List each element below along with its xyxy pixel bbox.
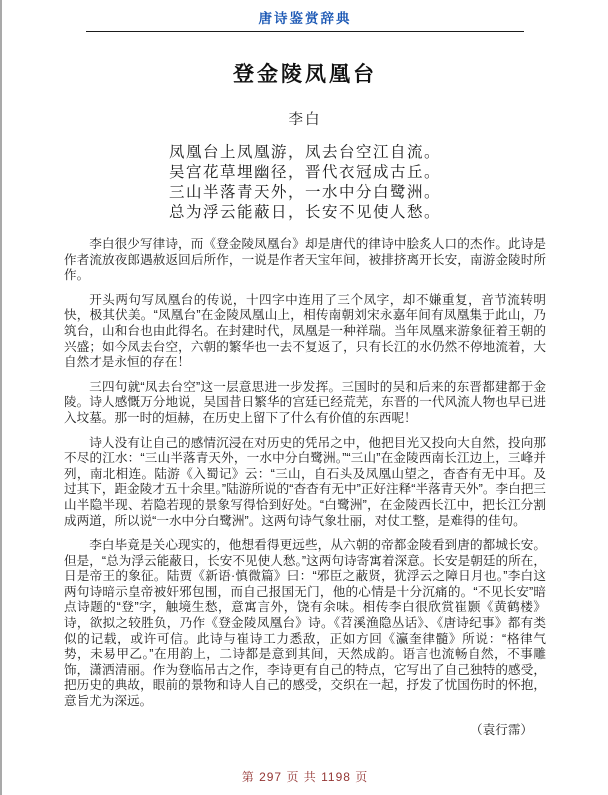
commentary-paragraph-3: 三四句就“凤去台空”这一层意思进一步发挥。三国时的吴和后来的东晋都建都于金陵。诗… xyxy=(64,380,546,427)
poem-author: 李白 xyxy=(2,108,608,129)
commentary-paragraph-1: 李白很少写律诗，而《登金陵凤凰台》却是唐代的律诗中脍炙人口的杰作。此诗是作者流放… xyxy=(64,237,546,284)
commentary-paragraph-4: 诗人没有让自己的感情沉浸在对历史的凭吊之中，他把目光又投向大自然，投向那不尽的江… xyxy=(64,436,546,530)
header-divider xyxy=(86,31,524,32)
poem-line-4: 总为浮云能蔽日，长安不见使人愁。 xyxy=(2,203,608,223)
commentary-paragraph-5: 李白毕竟是关心现实的，他想看得更远些，从六朝的帝都金陵看到唐的都城长安。但是，“… xyxy=(64,538,546,710)
page-footer: 第 297 页 共 1198 页 xyxy=(2,768,608,785)
book-title: 唐诗鉴赏辞典 xyxy=(2,7,608,27)
commentary-paragraph-2: 开头两句写凤凰台的传说，十四字中连用了三个凤字，却不嫌重复，音节流转明快，极其伏… xyxy=(64,293,546,371)
poem-body: 凤凰台上凤凰游，凤去台空江自流。 吴宫花草埋幽径，晋代衣冠成古丘。 三山半落青天… xyxy=(2,143,608,223)
page-header: 唐诗鉴赏辞典 xyxy=(2,0,608,32)
poem-line-2: 吴宫花草埋幽径，晋代衣冠成古丘。 xyxy=(2,163,608,183)
document-page: 唐诗鉴赏辞典 登金陵凤凰台 李白 凤凰台上凤凰游，凤去台空江自流。 吴宫花草埋幽… xyxy=(0,0,608,795)
poem-line-3: 三山半落青天外，一水中分白鹭洲。 xyxy=(2,183,608,203)
poem-title: 登金陵凤凰台 xyxy=(2,58,608,88)
page-number: 第 297 页 共 1198 页 xyxy=(242,770,369,784)
author-attribution: （袁行霈） xyxy=(2,719,533,738)
commentary-section: 李白很少写律诗，而《登金陵凤凰台》却是唐代的律诗中脍炙人口的杰作。此诗是作者流放… xyxy=(64,237,546,710)
poem-line-1: 凤凰台上凤凰游，凤去台空江自流。 xyxy=(2,143,608,163)
